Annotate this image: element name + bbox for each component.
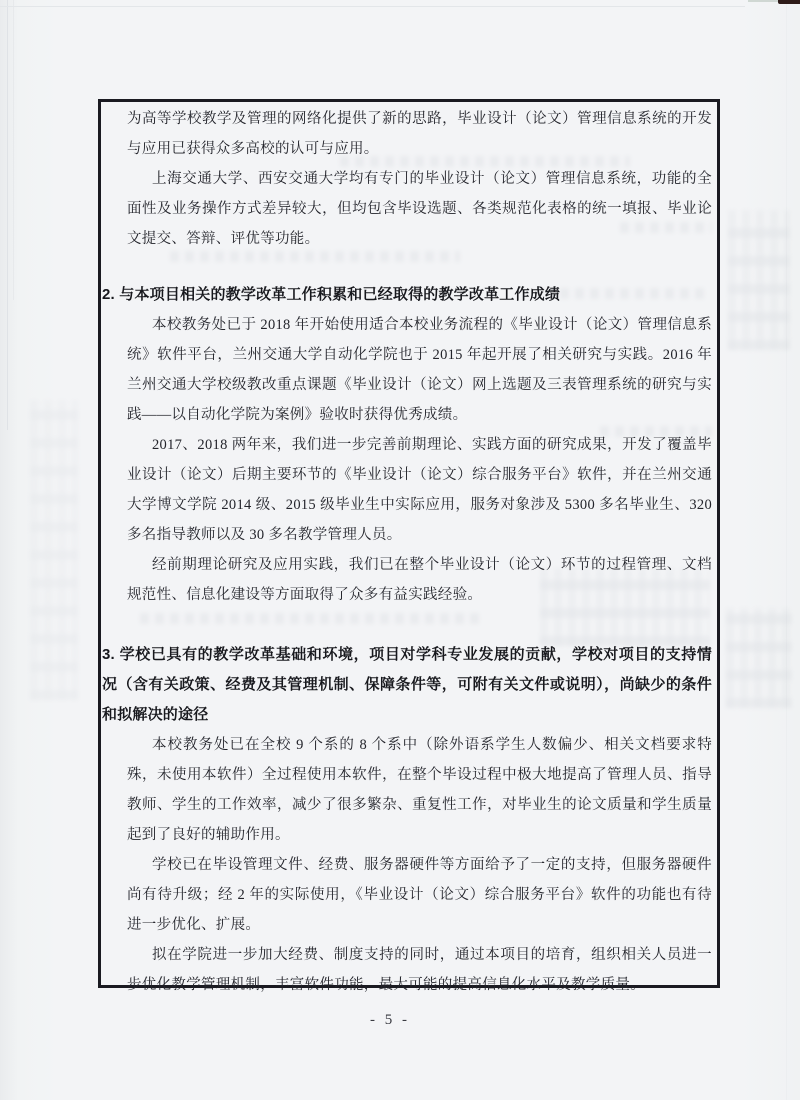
bleed-through-smudge (30, 400, 78, 700)
section-3-heading: 3. 学校已具有的教学改革基础和环境，项目对学科专业发展的贡献，学校对项目的支持… (102, 640, 712, 730)
scanned-page: 为高等学校教学及管理的网络化提供了新的思路，毕业设计（论文）管理信息系统的开发与… (0, 0, 800, 1100)
page-number: - 5 - (0, 1012, 780, 1029)
form-cell-content: 为高等学校教学及管理的网络化提供了新的思路，毕业设计（论文）管理信息系统的开发与… (102, 104, 714, 1000)
body-paragraph: 经前期理论研究及应用实践，我们已在整个毕业设计（论文）环节的过程管理、文档规范性… (127, 550, 712, 610)
scan-edge-line (0, 6, 745, 7)
paragraph-gap (102, 254, 714, 280)
body-paragraph: 拟在学院进一步加大经费、制度支持的同时，通过本项目的培育，组织相关人员进一步优化… (127, 940, 712, 1000)
scan-edge-line (786, 0, 787, 1100)
body-paragraph: 2017、2018 两年来，我们进一步完善前期理论、实践方面的研究成果，开发了覆… (127, 430, 712, 550)
bleed-through-smudge (726, 608, 792, 708)
scan-edge-line (7, 0, 8, 430)
body-paragraph: 本校教务处已在全校 9 个系的 8 个系中（除外语系学生人数偏少、相关文档要求特… (127, 730, 712, 850)
scan-edge-tint (748, 0, 780, 2)
intro-paragraph: 为高等学校教学及管理的网络化提供了新的思路，毕业设计（论文）管理信息系统的开发与… (127, 104, 712, 164)
body-paragraph: 本校教务处已于 2018 年开始使用适合本校业务流程的《毕业设计（论文）管理信息… (127, 310, 712, 430)
paragraph-gap (102, 610, 714, 640)
body-paragraph: 学校已在毕设管理文件、经费、服务器硬件等方面给予了一定的支持，但服务器硬件尚有待… (127, 850, 712, 940)
scan-corner-mark (778, 0, 800, 4)
bleed-through-smudge (728, 210, 790, 350)
section-2-heading: 2. 与本项目相关的教学改革工作积累和已经取得的教学改革工作成绩 (102, 280, 712, 310)
intro-paragraph: 上海交通大学、西安交通大学均有专门的毕业设计（论文）管理信息系统，功能的全面性及… (127, 164, 712, 254)
scan-edge-line (13, 0, 14, 300)
